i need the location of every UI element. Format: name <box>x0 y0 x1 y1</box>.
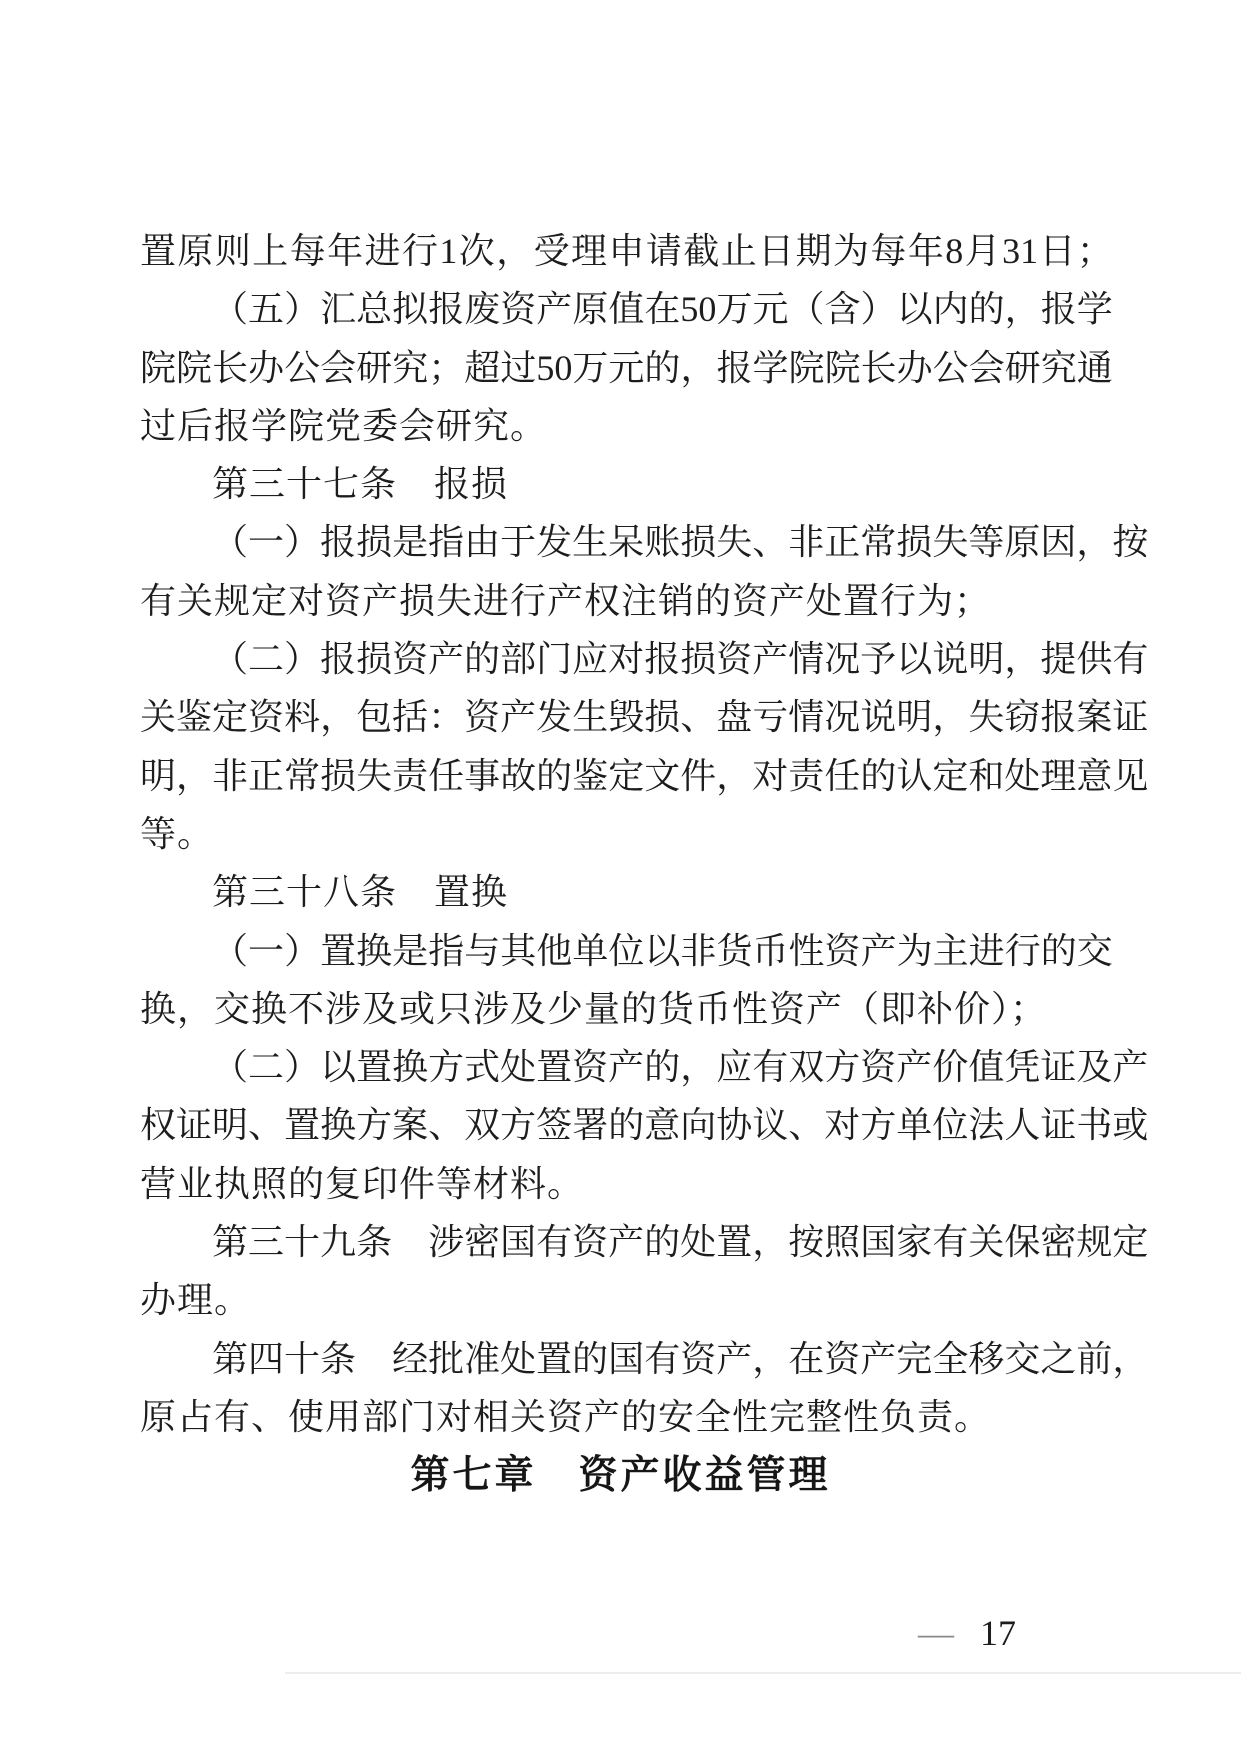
document-line: 等。 <box>140 805 1113 863</box>
document-line: （五）汇总拟报废资产原值在50万元（含）以内的，报学 <box>140 280 1113 338</box>
document-page: 置原则上每年进行1次，受理申请截止日期为每年8月31日；（五）汇总拟报废资产原值… <box>0 0 1241 1755</box>
page-number: 17 <box>980 1612 1016 1654</box>
document-line: 第三十九条 涉密国有资产的处置，按照国家有关保密规定 <box>140 1213 1113 1271</box>
chapter-heading: 第七章 资产收益管理 <box>0 1447 1241 1505</box>
document-line: （一）置换是指与其他单位以非货币性资产为主进行的交 <box>140 922 1113 980</box>
document-line: 明，非正常损失责任事故的鉴定文件，对责任的认定和处理意见 <box>140 747 1113 805</box>
document-line: 过后报学院党委会研究。 <box>140 397 1113 455</box>
document-line: 第三十七条 报损 <box>140 455 1113 513</box>
document-line: 第三十八条 置换 <box>140 863 1113 921</box>
document-line: （二）以置换方式处置资产的，应有双方资产价值凭证及产 <box>140 1038 1113 1096</box>
page-footer: — 17 <box>918 1612 1016 1654</box>
footer-dash: — <box>918 1612 954 1654</box>
scan-artifact-line <box>285 1672 1241 1674</box>
document-line: 营业执照的复印件等材料。 <box>140 1155 1113 1213</box>
document-line: 换，交换不涉及或只涉及少量的货币性资产（即补价）； <box>140 980 1113 1038</box>
document-body: 置原则上每年进行1次，受理申请截止日期为每年8月31日；（五）汇总拟报废资产原值… <box>140 222 1113 1446</box>
document-line: （二）报损资产的部门应对报损资产情况予以说明，提供有 <box>140 630 1113 688</box>
document-line: 置原则上每年进行1次，受理申请截止日期为每年8月31日； <box>140 222 1113 280</box>
document-line: 院院长办公会研究；超过50万元的，报学院院长办公会研究通 <box>140 339 1113 397</box>
document-line: 有关规定对资产损失进行产权注销的资产处置行为； <box>140 572 1113 630</box>
document-line: 第四十条 经批准处置的国有资产，在资产完全移交之前， <box>140 1330 1113 1388</box>
document-line: 权证明、置换方案、双方签署的意向协议、对方单位法人证书或 <box>140 1096 1113 1154</box>
document-line: 办理。 <box>140 1271 1113 1329</box>
document-line: （一）报损是指由于发生呆账损失、非正常损失等原因，按 <box>140 513 1113 571</box>
document-line: 原占有、使用部门对相关资产的安全性完整性负责。 <box>140 1388 1113 1446</box>
document-line: 关鉴定资料，包括：资产发生毁损、盘亏情况说明，失窃报案证 <box>140 688 1113 746</box>
